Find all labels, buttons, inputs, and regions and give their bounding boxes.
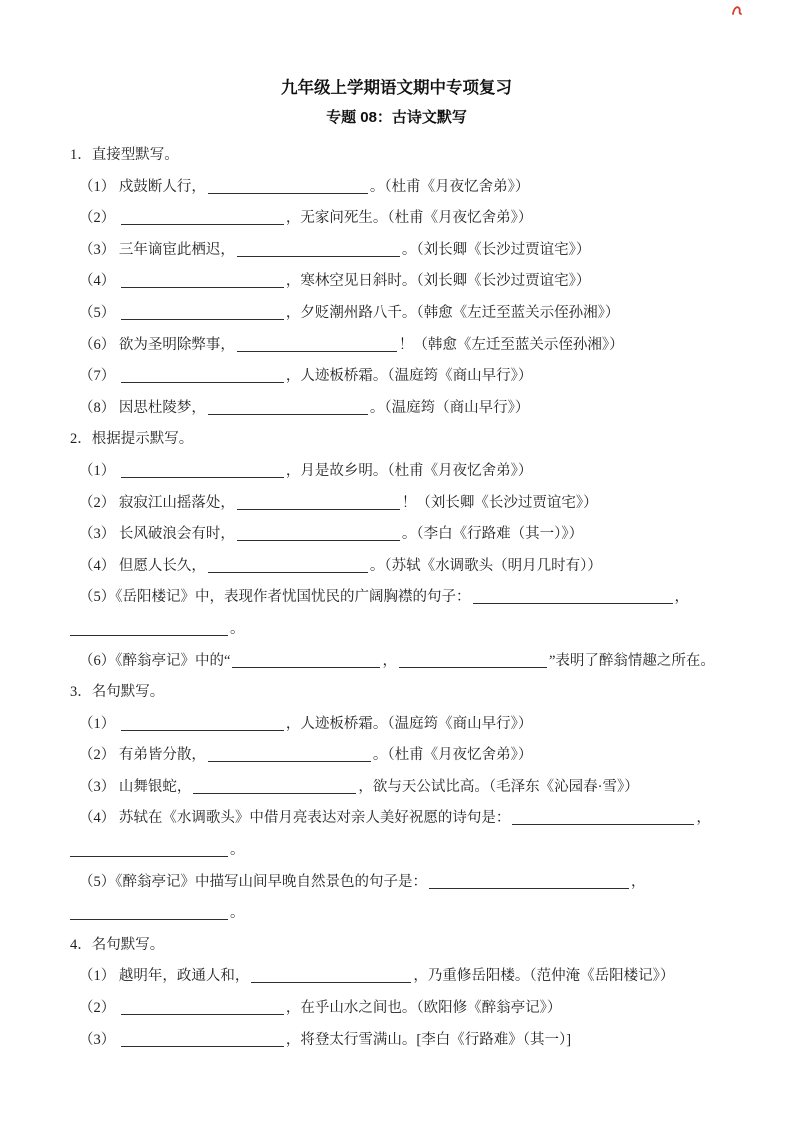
answer-blank[interactable] — [121, 273, 284, 288]
question-text: （3） 山舞银蛇， — [79, 779, 191, 795]
question-text: （3） — [79, 1032, 119, 1048]
answer-blank[interactable] — [121, 1032, 284, 1047]
question-text: 。（杜甫《月夜忆舍弟》） — [373, 747, 533, 763]
question-text: （3） 三年谪宦此栖迟， — [79, 242, 235, 258]
page-subtitle: 专题 08：古诗文默写 — [0, 109, 793, 127]
question-text: （2） 寂寂江山摇落处， — [79, 495, 235, 511]
section-heading: 3．名句默写。 — [0, 677, 793, 709]
question-line: （4） 但愿人长久，。（苏轼《水调歌头（明月几时有）） — [0, 551, 793, 583]
section-heading: 2．根据提示默写。 — [0, 424, 793, 456]
question-text: （8） 因思杜陵梦， — [79, 400, 206, 416]
question-text: （4） 但愿人长久， — [79, 558, 206, 574]
answer-blank[interactable] — [121, 1000, 284, 1015]
question-line: （3） 山舞银蛇，，欲与天公试比高。（毛泽东《沁园春·雪》） — [0, 772, 793, 804]
question-line: （6） 欲为圣明除弊事，！（韩愈《左迁至蓝关示侄孙湘》） — [0, 330, 793, 362]
question-line: （7） ，人迹板桥霜。（温庭筠《商山早行》） — [0, 361, 793, 393]
question-text: 。（温庭筠（商山早行》） — [370, 400, 530, 416]
question-text: （5）《醉翁亭记》中描写山间早晚自然景色的句子是： — [79, 874, 427, 890]
answer-blank[interactable] — [237, 495, 400, 510]
question-text: ， — [631, 874, 646, 890]
question-text: ！（韩愈《左迁至蓝关示侄孙湘》） — [399, 337, 624, 353]
question-line: （3） 长风破浪会有时，。（李白《行路难（其一）》） — [0, 519, 793, 551]
question-text: 。（李白《行路难（其一）》） — [402, 526, 583, 542]
answer-blank[interactable] — [512, 810, 694, 825]
answer-blank[interactable] — [473, 589, 673, 604]
answer-blank[interactable] — [208, 558, 368, 573]
question-text: ， — [382, 653, 397, 669]
section-heading: 4．名句默写。 — [0, 930, 793, 962]
question-text: （1） 戍鼓断人行， — [79, 179, 206, 195]
question-text: ， — [675, 589, 690, 605]
question-text: （3） 长风破浪会有时， — [79, 526, 235, 542]
question-text: 。（刘长卿《长沙过贾谊宅》） — [402, 242, 591, 258]
document-page: 九年级上学期语文期中专项复习 专题 08：古诗文默写 1．直接型默写。（1） 戍… — [0, 0, 793, 1122]
question-text: ，无家问死生。（杜甫《月夜忆舍弟》） — [286, 210, 533, 226]
question-text: （5）《岳阳楼记》中，表现作者忧国忧民的广阔胸襟的句子： — [79, 589, 471, 605]
question-line: （5）《岳阳楼记》中，表现作者忧国忧民的广阔胸襟的句子：， — [0, 582, 793, 614]
question-line: （2） ，在乎山水之间也。（欧阳修《醉翁亭记》） — [0, 993, 793, 1025]
question-text: （4） 苏轼在《水调歌头》中借月亮表达对亲人美好祝愿的诗句是： — [79, 810, 510, 826]
question-text: ， — [696, 810, 711, 826]
question-text: （4） — [79, 273, 119, 289]
answer-blank[interactable] — [70, 905, 228, 920]
answer-blank[interactable] — [121, 368, 284, 383]
question-line: （1） 戍鼓断人行，。（杜甫《月夜忆舍弟》） — [0, 172, 793, 204]
question-line: （6）《醉翁亭记》中的“，”表明了醉翁情趣之所在。 — [0, 646, 793, 678]
answer-blank[interactable] — [70, 842, 228, 857]
question-line: （5）《醉翁亭记》中描写山间早晚自然景色的句子是：， — [0, 867, 793, 899]
question-text: ”表明了醉翁情趣之所在。 — [549, 653, 715, 669]
question-line: （2） ，无家问死生。（杜甫《月夜忆舍弟》） — [0, 203, 793, 235]
question-text: （5） — [79, 305, 119, 321]
question-text: 。 — [230, 842, 245, 858]
answer-blank[interactable] — [237, 337, 397, 352]
question-text: ，欲与天公试比高。（毛泽东《沁园春·雪》） — [358, 779, 638, 795]
answer-blank[interactable] — [237, 242, 400, 257]
question-text: ，夕贬潮州路八千。（韩愈《左迁至蓝关示侄孙湘》） — [286, 305, 620, 321]
question-line: （1） ，月是故乡明。（杜甫《月夜忆舍弟》） — [0, 456, 793, 488]
question-line: 。 — [0, 614, 793, 646]
question-text: （7） — [79, 368, 119, 384]
question-text: ，在乎山水之间也。（欧阳修《醉翁亭记》） — [286, 1000, 562, 1016]
question-line: （8） 因思杜陵梦，。（温庭筠（商山早行》） — [0, 393, 793, 425]
section-heading: 1．直接型默写。 — [0, 140, 793, 172]
question-line: （1） 越明年，政通人和，，乃重修岳阳楼。（范仲淹《岳阳楼记》） — [0, 961, 793, 993]
page-title: 九年级上学期语文期中专项复习 — [0, 0, 793, 98]
answer-blank[interactable] — [121, 210, 284, 225]
question-line: （5） ，夕贬潮州路八千。（韩愈《左迁至蓝关示侄孙湘》） — [0, 298, 793, 330]
answer-blank[interactable] — [121, 463, 284, 478]
answer-blank[interactable] — [70, 621, 228, 636]
question-text: （1） — [79, 463, 119, 479]
question-line: （1） ，人迹板桥霜。（温庭筠《商山早行》） — [0, 709, 793, 741]
question-text: ！（刘长卿《长沙过贾谊宅》） — [402, 495, 598, 511]
answer-blank[interactable] — [232, 653, 380, 668]
answer-blank[interactable] — [251, 968, 411, 983]
answer-blank[interactable] — [208, 400, 368, 415]
question-text: （2） — [79, 1000, 119, 1016]
question-line: （2） 寂寂江山摇落处，！（刘长卿《长沙过贾谊宅》） — [0, 488, 793, 520]
answer-blank[interactable] — [429, 874, 629, 889]
answer-blank[interactable] — [121, 716, 284, 731]
question-line: （4） 苏轼在《水调歌头》中借月亮表达对亲人美好祝愿的诗句是：， — [0, 803, 793, 835]
question-line: （3） 三年谪宦此栖迟，。（刘长卿《长沙过贾谊宅》） — [0, 235, 793, 267]
question-text: ，人迹板桥霜。（温庭筠《商山早行》） — [286, 368, 533, 384]
answer-blank[interactable] — [121, 305, 284, 320]
answer-blank[interactable] — [399, 653, 547, 668]
question-line: （2） 有弟皆分散，。（杜甫《月夜忆舍弟》） — [0, 740, 793, 772]
question-text: ，将登太行雪满山。[李白《行路难》（其一）] — [286, 1032, 571, 1048]
question-text: （2） — [79, 210, 119, 226]
question-text: ，寒林空见日斜时。（刘长卿《长沙过贾谊宅》） — [286, 273, 591, 289]
question-line: 。 — [0, 835, 793, 867]
answer-blank[interactable] — [208, 179, 368, 194]
question-text: （1） — [79, 716, 119, 732]
red-pen-mark-icon — [729, 3, 745, 19]
answer-blank[interactable] — [208, 747, 371, 762]
question-text: （6）《醉翁亭记》中的“ — [79, 653, 230, 669]
question-text: （6） 欲为圣明除弊事， — [79, 337, 235, 353]
question-text: ，人迹板桥霜。（温庭筠《商山早行》） — [286, 716, 533, 732]
answer-blank[interactable] — [193, 779, 356, 794]
question-text: ，月是故乡明。（杜甫《月夜忆舍弟》） — [286, 463, 533, 479]
question-line: （4） ，寒林空见日斜时。（刘长卿《长沙过贾谊宅》） — [0, 266, 793, 298]
question-text: （1） 越明年，政通人和， — [79, 968, 249, 984]
question-text: ，乃重修岳阳楼。（范仲淹《岳阳楼记》） — [413, 968, 674, 984]
question-text: 。 — [230, 905, 245, 921]
question-line: 。 — [0, 898, 793, 930]
answer-blank[interactable] — [237, 526, 400, 541]
question-text: 。 — [230, 621, 245, 637]
question-text: 。（苏轼《水调歌头（明月几时有）） — [370, 558, 602, 574]
question-text: 。（杜甫《月夜忆舍弟》） — [370, 179, 530, 195]
question-text: （2） 有弟皆分散， — [79, 747, 206, 763]
question-line: （3） ，将登太行雪满山。[李白《行路难》（其一）] — [0, 1025, 793, 1057]
document-body: 1．直接型默写。（1） 戍鼓断人行，。（杜甫《月夜忆舍弟》）（2） ，无家问死生… — [0, 140, 793, 1056]
